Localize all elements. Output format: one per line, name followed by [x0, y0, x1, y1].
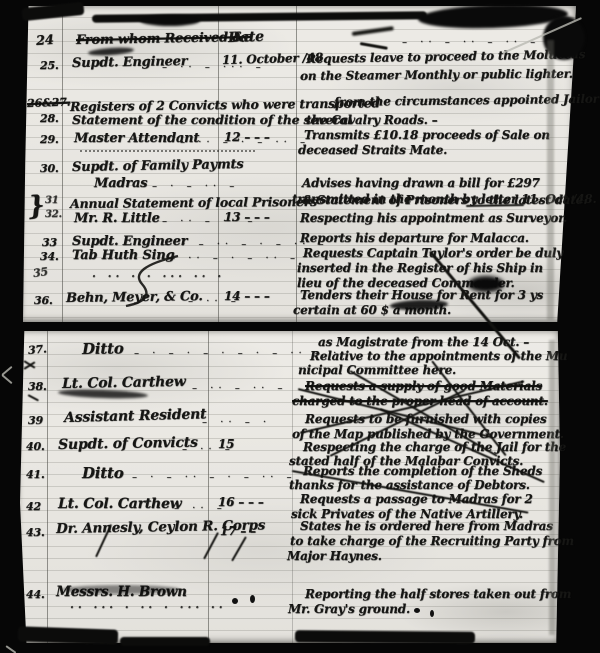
abstract-line: & Statement of Prisoners to the latest d…	[302, 193, 587, 207]
ink-speck	[414, 608, 420, 613]
entry-name: Annual Statement of local Prisoners	[70, 194, 317, 211]
abstract-line: deceased Straits Mate.	[298, 143, 447, 157]
ink-smudge	[140, 15, 200, 26]
entry-name: Supdt. of Family Paymts	[72, 157, 244, 175]
entry-number: 42	[26, 500, 41, 513]
illegible-marks: · ·· · · ··· ·· ·	[92, 270, 225, 283]
entry-date: 17 – –	[220, 524, 256, 538]
illegible-marks: ·· ··· · ·· · ··· ··	[70, 601, 227, 614]
abstract-line: Major Haynes.	[287, 549, 382, 563]
abstract-line: to take charge of the Recruiting Party f…	[290, 534, 574, 548]
column-rule	[62, 6, 63, 322]
ink-smudge	[62, 585, 180, 594]
entry-name: Lt. Col. Carthew	[58, 496, 182, 512]
ink-smudge	[468, 276, 504, 292]
page-number: 24	[35, 33, 54, 49]
entry-number: 35	[32, 265, 49, 280]
abstract-line: inserted in the Register of his Ship in	[297, 261, 543, 275]
entry-number: 40.	[26, 440, 45, 453]
abstract-line: on the Steamer Monthly or public lighter…	[300, 67, 573, 83]
abstract-line: Respecting his appointment as Surveyor.	[300, 211, 567, 225]
entry-number: 43.	[26, 526, 45, 539]
entry-number: 28.	[40, 112, 59, 125]
entry-number: 36.	[34, 294, 53, 307]
entry-number: 30.	[40, 162, 59, 175]
entry-number: 25.	[40, 59, 59, 72]
abstract-line: nicipal Committee here.	[298, 363, 456, 377]
ink-smudge	[295, 630, 475, 644]
entry-number: 33	[42, 236, 57, 249]
abstract-line: Mr. Gray's ground.	[288, 602, 410, 616]
struck-dash-row	[80, 150, 255, 152]
paper-edge-shadow	[549, 340, 555, 635]
entry-number: 38.	[28, 380, 47, 393]
leader-dashes: – ·· – ·· –	[192, 383, 287, 394]
entry-number: 29.	[40, 133, 59, 146]
entry-name: Behn, Meyer, & Co.	[66, 289, 203, 306]
column-rule	[47, 331, 48, 643]
entry-name: Supdt. of Convicts	[58, 435, 198, 453]
entry-number: 37.	[27, 342, 47, 357]
entry-date: 12 – – –	[224, 130, 270, 144]
entry-date: 16 – – –	[218, 495, 264, 509]
entry-date: 13 – – –	[224, 210, 270, 224]
scanned-register-page: 24 From whom Received &c Date – ·· – ·· …	[0, 0, 600, 653]
ink-smudge	[120, 637, 210, 646]
leader-dashes: – · – ·· – · – ·· –	[132, 472, 297, 483]
entry-number: 26&27.	[27, 95, 71, 109]
entry-date: 15	[218, 437, 234, 451]
abstract-line: Relative to the appointments of the Mu	[310, 349, 567, 363]
entry-number: 39	[28, 414, 43, 427]
entry-brace: }	[26, 190, 46, 222]
column-header-date: Date	[228, 29, 264, 46]
entry-name-line2: Madras	[94, 176, 147, 191]
entry-name: Ditto	[82, 339, 124, 358]
ink-speck	[250, 595, 255, 603]
abstract-line: Respecting the charge of the Jail for th…	[303, 440, 566, 454]
scratch-mark	[1, 374, 12, 384]
abstract-line: States he is ordered here from Madras	[300, 519, 553, 533]
column-rule	[208, 331, 209, 643]
ink-speck	[232, 598, 238, 604]
leader-dashes: – · – ·· –	[152, 181, 239, 192]
leader-dashes: – ·· – ·	[202, 417, 271, 428]
entry-number: 31	[45, 195, 59, 206]
ink-speck	[430, 610, 434, 617]
scratch-mark	[1, 366, 12, 376]
abstract-line: Reports his departure for Malacca.	[300, 231, 529, 245]
abstract-line: Advises having drawn a bill for £297	[302, 176, 540, 190]
paper-edge-shadow	[547, 40, 554, 320]
continuation-line: as Magistrate from the 14 Oct. –	[318, 335, 529, 349]
abstract-line: Transmits £10.18 proceeds of Sale on	[304, 128, 550, 142]
entry-number: 34.	[40, 250, 59, 263]
entry-date: 14 – – –	[224, 289, 270, 303]
entry-name-line2: Mr. R. Little	[74, 211, 160, 226]
entry-name: Ditto	[82, 464, 124, 482]
scratch-mark	[5, 645, 16, 653]
abstract-line: the Cavalry Roads. –	[306, 113, 437, 127]
entry-number: 32.	[45, 209, 62, 220]
abstract-line: Reporting the half stores taken out from	[305, 587, 571, 601]
column-header-from-whom: From whom Received &c	[76, 30, 252, 48]
entry-number: 41.	[26, 468, 45, 481]
entry-number: 44.	[26, 588, 45, 601]
